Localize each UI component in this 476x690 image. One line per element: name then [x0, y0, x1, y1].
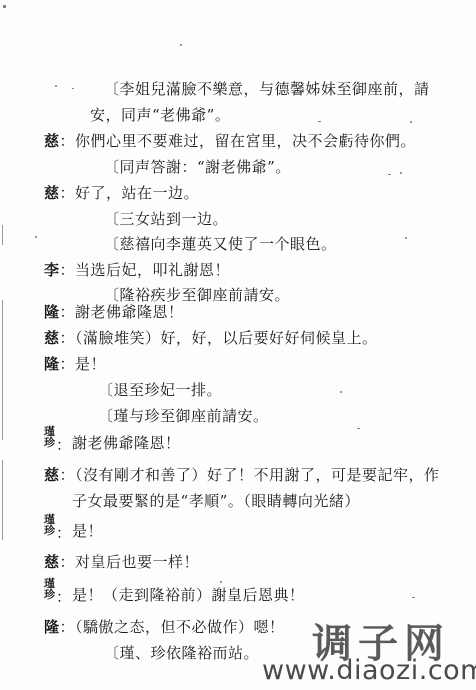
dialogue-text: 好了，站在一边。: [75, 184, 199, 202]
colon: ：: [60, 329, 76, 347]
colon: ：: [60, 618, 76, 636]
colon: ：: [56, 434, 71, 455]
dialogue-text: （沒有剛才和善了）好了！不用謝了，可是要記牢，作: [75, 466, 440, 484]
scan-speck: [410, 121, 412, 123]
stage-direction: 〔同声答謝：“謝老佛爺”。: [104, 158, 291, 176]
stage-direction: 〔瑾与珍至御座前請安。: [98, 407, 269, 425]
stage-direction: 〔隆裕疾步至御座前請安。: [104, 286, 290, 304]
scan-speck: [72, 88, 74, 89]
speaker-label: 慈: [44, 466, 60, 484]
colon: ：: [60, 303, 76, 321]
stage-direction: 〔退至珍妃一排。: [98, 381, 222, 399]
dialogue-text: 当选后妃，叩礼謝恩！: [75, 261, 230, 279]
dialogue-line: 慈：好了，站在一边。: [44, 184, 199, 202]
colon: ：: [56, 522, 71, 543]
scan-speck: [405, 237, 407, 239]
stage-direction: 〔三女站到一边。: [104, 210, 228, 228]
scan-speck: [3, 5, 6, 8]
scan-speck: [220, 581, 222, 583]
scan-edge-mark: [2, 460, 3, 540]
dialogue-text: 謝老佛爺隆恩！: [75, 303, 184, 321]
colon: ：: [60, 466, 76, 484]
speaker-label: 慈: [44, 184, 60, 202]
scan-speck: [412, 597, 415, 598]
dialogue-line: 慈：你們心里不要难过，留在宮里，决不会虧待你們。: [44, 132, 416, 150]
dialogue-line: 隆：（驕傲之态，但不必做作）嗯！: [44, 618, 285, 636]
watermark-url: www.diaozi.com: [262, 655, 476, 686]
speaker-label: 隆: [44, 303, 60, 321]
dialogue-continuation: 子女最要緊的是“孝順”。（眼睛轉向光緒）: [72, 492, 360, 510]
dialogue-text: 是！（走到隆裕前）謝皇后恩典！: [72, 586, 305, 604]
dialogue-text: 謝老佛爺隆恩！: [72, 434, 181, 452]
dialogue-text: 是！: [75, 355, 106, 373]
colon: ：: [60, 553, 76, 571]
colon: ：: [60, 184, 76, 202]
scan-edge-mark: [2, 225, 3, 245]
speaker-label: 隆: [44, 618, 60, 636]
dialogue-text: （滿臉堆笑）好，好，以后要好好伺候皇上。: [75, 329, 378, 347]
colon: ：: [56, 586, 71, 607]
dialogue-line: 隆：謝老佛爺隆恩！: [44, 303, 184, 321]
colon: ：: [60, 132, 76, 150]
scanned-script-page: 〔李姐兒滿臉不樂意，与德馨姊妹至御座前，請 安，同声“老佛爺”。 慈：你們心里不…: [0, 0, 476, 690]
dialogue-text: （驕傲之态，但不必做作）嗯！: [75, 618, 285, 636]
scan-speck: [400, 172, 402, 174]
dialogue-text: 是！: [72, 522, 103, 540]
dialogue-text: 对皇后也要一样！: [75, 553, 199, 571]
speaker-label: 李: [44, 261, 60, 279]
stage-direction: 〔慈禧向李蓮英又使了一个眼色。: [104, 235, 337, 253]
scan-edge-mark: [2, 300, 3, 440]
dialogue-text: 你們心里不要难过，留在宮里，决不会虧待你們。: [75, 132, 416, 150]
dialogue-line: 慈：（滿臉堆笑）好，好，以后要好好伺候皇上。: [44, 329, 378, 347]
scan-speck: [35, 236, 37, 238]
dialogue-line: 隆：是！: [44, 355, 106, 373]
scan-speck: [340, 391, 342, 393]
stage-direction: 〔李姐兒滿臉不樂意，与德馨姊妹至御座前，請: [104, 80, 430, 98]
stage-direction-continuation: 安，同声“老佛爺”。: [90, 106, 230, 124]
dialogue-line: 慈：对皇后也要一样！: [44, 553, 199, 571]
speaker-label: 隆: [44, 355, 60, 373]
dialogue-line: 李：当选后妃，叩礼謝恩！: [44, 261, 230, 279]
stage-direction: 〔瑾、珍依隆裕而站。: [104, 644, 259, 662]
colon: ：: [60, 355, 76, 373]
colon: ：: [60, 261, 76, 279]
speaker-label: 慈: [44, 132, 60, 150]
scan-speck: [55, 85, 57, 87]
scan-speck: [388, 174, 391, 175]
scan-speck: [318, 121, 321, 122]
scan-speck: [180, 44, 182, 46]
speaker-label: 慈: [44, 329, 60, 347]
speaker-label: 慈: [44, 553, 60, 571]
scan-speck: [357, 428, 360, 429]
dialogue-line: 慈：（沒有剛才和善了）好了！不用謝了，可是要記牢，作: [44, 466, 440, 484]
